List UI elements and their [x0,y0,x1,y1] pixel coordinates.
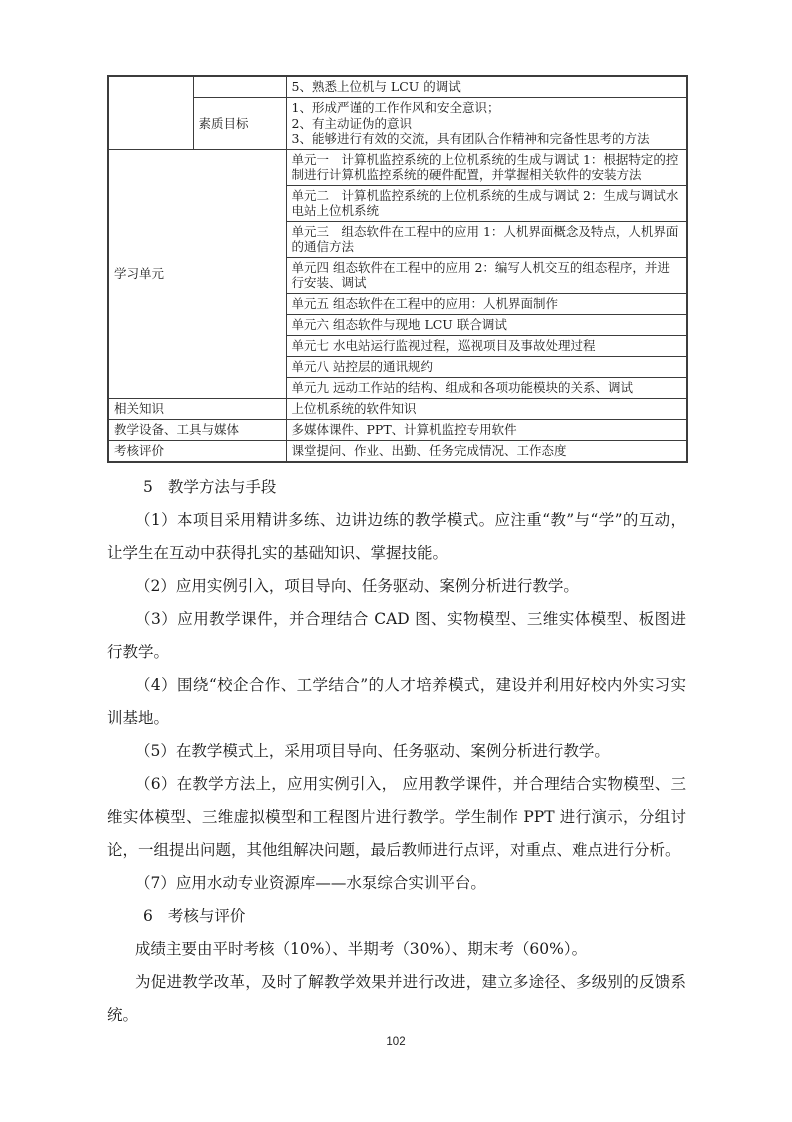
paragraph-3: （3）应用教学课件，并合理结合 CAD 图、实物模型、三维实体模型、板图进行教学… [107,603,686,669]
section-heading-assessment: 6考核与评价 [107,900,686,933]
table-row: 学习单元 单元一 计算机监控系统的上位机系统的生成与调试 1：根据特定的控制进行… [108,149,687,185]
table-cell-unit-9: 单元九 远动工作站的结构、组成和各项功能模块的关系、调试 [286,377,687,398]
section-title: 考核与评价 [168,907,246,925]
section-number: 5 [143,471,153,504]
table-row: 考核评价 课堂提问、作业、出勤、任务完成情况、工作态度 [108,440,687,462]
course-unit-table: 5、熟悉上位机与 LCU 的调试 素质目标 1、形成严谨的工作作风和安全意识； … [107,75,688,463]
table-cell-quality-goal-content: 1、形成严谨的工作作风和安全意识； 2、有主动证伪的意识 3、能够进行有效的交流… [286,98,687,150]
table-cell-related-knowledge-value: 上位机系统的软件知识 [286,398,687,419]
table-cell-quality-goal-label: 素质目标 [193,98,286,150]
document-page: 5、熟悉上位机与 LCU 的调试 素质目标 1、形成严谨的工作作风和安全意识； … [0,0,792,1122]
table-row: 教学设备、工具与媒体 多媒体课件、PPT、计算机监控专用软件 [108,419,687,440]
paragraph-6: （6）在教学方法上，应用实例引入， 应用教学课件，并合理结合实物模型、三维实体模… [107,768,686,867]
paragraph-4: （4）围绕“校企合作、工学结合”的人才培养模式，建设并利用好校内外实习实训基地。 [107,669,686,735]
table-row: 素质目标 1、形成严谨的工作作风和安全意识； 2、有主动证伪的意识 3、能够进行… [108,98,687,150]
section-heading-teaching-methods: 5教学方法与手段 [107,471,686,504]
table-cell-unit-3: 单元三 组态软件在工程中的应用 1：人机界面概念及特点，人机界面的通信方法 [286,221,687,257]
table-cell-learning-units-label: 学习单元 [108,149,286,398]
table-cell-equipment-value: 多媒体课件、PPT、计算机监控专用软件 [286,419,687,440]
table-cell-empty-left [108,76,193,149]
table-cell-unit-5: 单元五 组态软件在工程中的应用：人机界面制作 [286,293,687,314]
table-cell-assessment-label: 考核评价 [108,440,286,462]
table-cell-unit-8: 单元八 站控层的通讯规约 [286,356,687,377]
table-cell-unit-7: 单元七 水电站运行监视过程，巡视项目及事故处理过程 [286,335,687,356]
paragraph-2: （2）应用实例引入，项目导向、任务驱动、案例分析进行教学。 [107,570,686,603]
table-cell-skill-item: 5、熟悉上位机与 LCU 的调试 [286,76,687,98]
paragraph-grades: 成绩主要由平时考核（10%）、半期考（30%）、期末考（60%）。 [107,933,686,966]
table-cell-empty-mid [193,76,286,98]
paragraph-5: （5）在教学模式上，采用项目导向、任务驱动、案例分析进行教学。 [107,735,686,768]
section-title: 教学方法与手段 [168,478,277,496]
table-cell-unit-2: 单元二 计算机监控系统的上位机系统的生成与调试 2：生成与调试水电站上位机系统 [286,185,687,221]
table-cell-assessment-value: 课堂提问、作业、出勤、任务完成情况、工作态度 [286,440,687,462]
table-cell-unit-6: 单元六 组态软件与现地 LCU 联合调试 [286,314,687,335]
section-number: 6 [143,900,153,933]
table-cell-equipment-label: 教学设备、工具与媒体 [108,419,286,440]
paragraph-7: （7）应用水动专业资源库——水泵综合实训平台。 [107,867,686,900]
page-number: 102 [0,1036,792,1048]
paragraph-feedback: 为促进教学改革，及时了解教学效果并进行改进，建立多途径、多级别的反馈系统。 [107,966,686,1032]
table-cell-unit-4: 单元四 组态软件在工程中的应用 2：编写人机交互的组态程序，并进行安装、调试 [286,257,687,293]
page-content: 5、熟悉上位机与 LCU 的调试 素质目标 1、形成严谨的工作作风和安全意识； … [107,75,686,1032]
body-text: 5教学方法与手段 （1）本项目采用精讲多练、边讲边练的教学模式。应注重“教”与“… [107,471,686,1032]
table-cell-related-knowledge-label: 相关知识 [108,398,286,419]
paragraph-1: （1）本项目采用精讲多练、边讲边练的教学模式。应注重“教”与“学”的互动，让学生… [107,504,686,570]
table-cell-unit-1: 单元一 计算机监控系统的上位机系统的生成与调试 1：根据特定的控制进行计算机监控… [286,149,687,185]
table-row: 相关知识 上位机系统的软件知识 [108,398,687,419]
table-row: 5、熟悉上位机与 LCU 的调试 [108,76,687,98]
